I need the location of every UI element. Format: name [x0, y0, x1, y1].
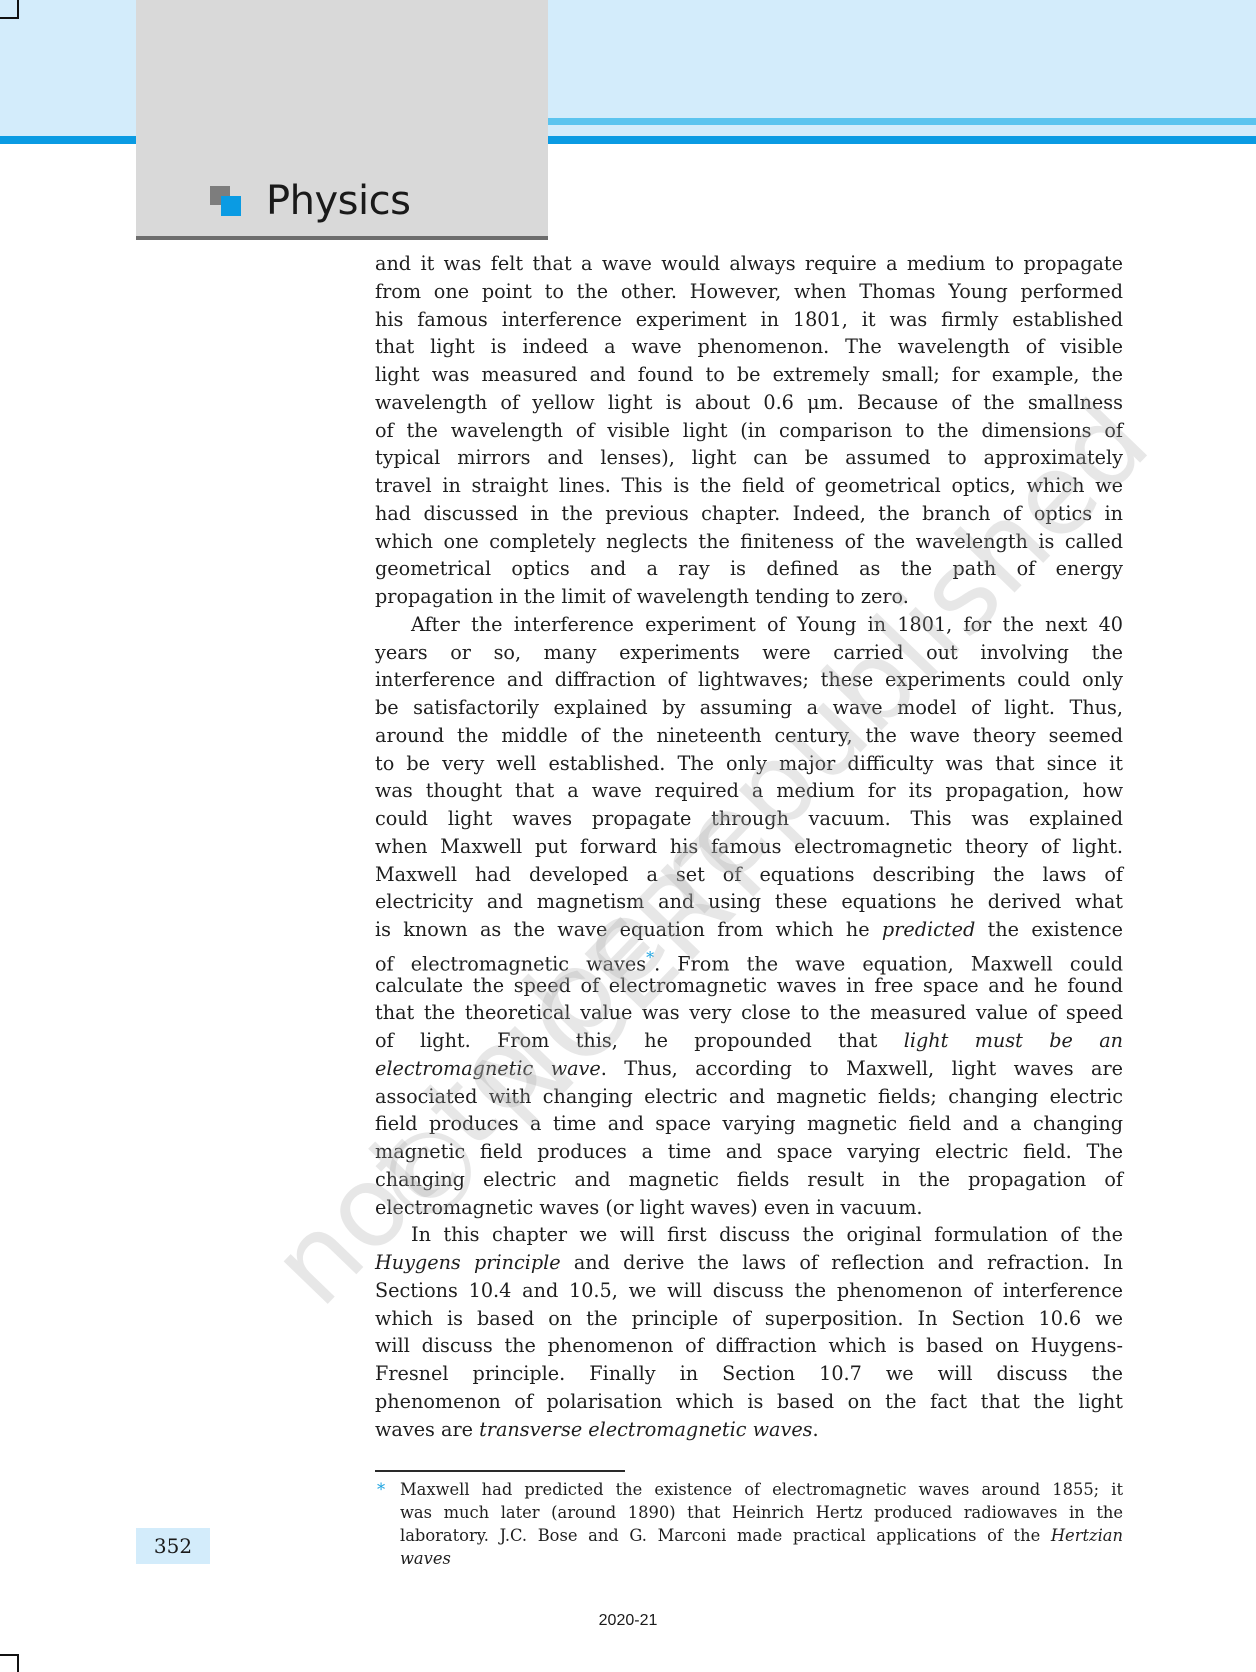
text-line: of electromagnetic waves*. From the wave… — [375, 944, 1123, 972]
paragraph-1: and it was felt that a wave would always… — [375, 250, 1123, 611]
text-span: the existence — [975, 918, 1123, 941]
emphasis: Hertzian — [1051, 1526, 1123, 1545]
page-number: 352 — [136, 1528, 210, 1564]
crop-mark-top-left — [0, 17, 19, 19]
text-span: of light. From this, he propounded that — [375, 1029, 904, 1052]
text-line: when Maxwell put forward his famous elec… — [375, 833, 1123, 861]
text-line: from one point to the other. However, wh… — [375, 278, 1123, 306]
text-line: magnetic field produces a time and space… — [375, 1138, 1123, 1166]
text-line: changing electric and magnetic fields re… — [375, 1166, 1123, 1194]
text-line: which one completely neglects the finite… — [375, 528, 1123, 556]
text-span: . Thus, according to Maxwell, light wave… — [601, 1057, 1123, 1080]
text-span: waves are — [375, 1418, 479, 1441]
text-line: field produces a time and space varying … — [375, 1110, 1123, 1138]
text-line: Maxwell had developed a set of equations… — [375, 861, 1123, 889]
footnote-line: waves — [400, 1547, 1123, 1570]
text-line: could light waves propagate through vacu… — [375, 805, 1123, 833]
emphasis: transverse electromagnetic waves — [479, 1418, 812, 1441]
footnote: * Maxwell had predicted the existence of… — [375, 1478, 1123, 1570]
text-line: In this chapter we will first discuss th… — [375, 1221, 1123, 1249]
text-line: that light is indeed a wave phenomenon. … — [375, 333, 1123, 361]
emphasis: predicted — [882, 918, 975, 941]
emphasis: light must be an — [904, 1029, 1123, 1052]
footnote-line: laboratory. J.C. Bose and G. Marconi mad… — [400, 1524, 1123, 1547]
text-line: light was measured and found to be extre… — [375, 361, 1123, 389]
text-line: of the wavelength of visible light (in c… — [375, 417, 1123, 445]
footnote-line: Maxwell had predicted the existence of e… — [400, 1478, 1123, 1501]
text-line: Fresnel principle. Finally in Section 10… — [375, 1360, 1123, 1388]
text-line: and it was felt that a wave would always… — [375, 250, 1123, 278]
text-line: Sections 10.4 and 10.5, we will discuss … — [375, 1277, 1123, 1305]
text-line: be satisfactorily explained by assuming … — [375, 694, 1123, 722]
text-span: and derive the laws of reflection and re… — [561, 1251, 1123, 1274]
text-span: . — [813, 1418, 819, 1441]
text-span: is known as the wave equation from which… — [375, 918, 882, 941]
footnote-body: Maxwell had predicted the existence of e… — [400, 1478, 1123, 1570]
text-line: electromagnetic wave. Thus, according to… — [375, 1055, 1123, 1083]
footnote-divider — [375, 1470, 625, 1472]
footnote-marker[interactable]: * — [646, 948, 654, 967]
text-line: interference and diffraction of lightwav… — [375, 666, 1123, 694]
text-line: geometrical optics and a ray is defined … — [375, 555, 1123, 583]
subject-square-blue-icon — [221, 196, 241, 216]
text-line: to be very well established. The only ma… — [375, 750, 1123, 778]
text-line: electricity and magnetism and using thes… — [375, 888, 1123, 916]
header-stripe-thin — [548, 118, 1256, 125]
text-line: his famous interference experiment in 18… — [375, 306, 1123, 334]
paragraph-3: In this chapter we will first discuss th… — [375, 1221, 1123, 1443]
text-line: associated with changing electric and ma… — [375, 1083, 1123, 1111]
subject-title: Physics — [266, 178, 410, 224]
crop-mark-bottom-left — [17, 1654, 19, 1672]
paragraph-2: After the interference experiment of You… — [375, 611, 1123, 1222]
text-line: waves are transverse electromagnetic wav… — [375, 1416, 1123, 1444]
text-line: which is based on the principle of super… — [375, 1305, 1123, 1333]
text-line: was thought that a wave required a mediu… — [375, 777, 1123, 805]
text-line: phenomenon of polarisation which is base… — [375, 1388, 1123, 1416]
text-line: travel in straight lines. This is the fi… — [375, 472, 1123, 500]
emphasis: Huygens principle — [375, 1251, 561, 1274]
footnote-marker: * — [377, 1478, 385, 1501]
text-line: of light. From this, he propounded that … — [375, 1027, 1123, 1055]
text-line: wavelength of yellow light is about 0.6 … — [375, 389, 1123, 417]
footnote-line: was much later (around 1890) that Heinri… — [400, 1501, 1123, 1524]
body-text: and it was felt that a wave would always… — [375, 250, 1123, 1443]
text-line: around the middle of the nineteenth cent… — [375, 722, 1123, 750]
text-line: years or so, many experiments were carri… — [375, 639, 1123, 667]
text-line: After the interference experiment of You… — [375, 611, 1123, 639]
text-line: calculate the speed of electromagnetic w… — [375, 972, 1123, 1000]
text-line: electromagnetic waves (or light waves) e… — [375, 1194, 1123, 1222]
text-line: propagation in the limit of wavelength t… — [375, 583, 1123, 611]
text-span: laboratory. J.C. Bose and G. Marconi mad… — [400, 1526, 1051, 1545]
text-line: is known as the wave equation from which… — [375, 916, 1123, 944]
emphasis: waves — [400, 1549, 451, 1568]
text-line: will discuss the phenomenon of diffracti… — [375, 1332, 1123, 1360]
emphasis: electromagnetic wave — [375, 1057, 601, 1080]
text-line: typical mirrors and lenses), light can b… — [375, 444, 1123, 472]
text-line: had discussed in the previous chapter. I… — [375, 500, 1123, 528]
text-line: Huygens principle and derive the laws of… — [375, 1249, 1123, 1277]
text-line: that the theoretical value was very clos… — [375, 999, 1123, 1027]
edition-year: 2020-21 — [560, 1612, 696, 1630]
